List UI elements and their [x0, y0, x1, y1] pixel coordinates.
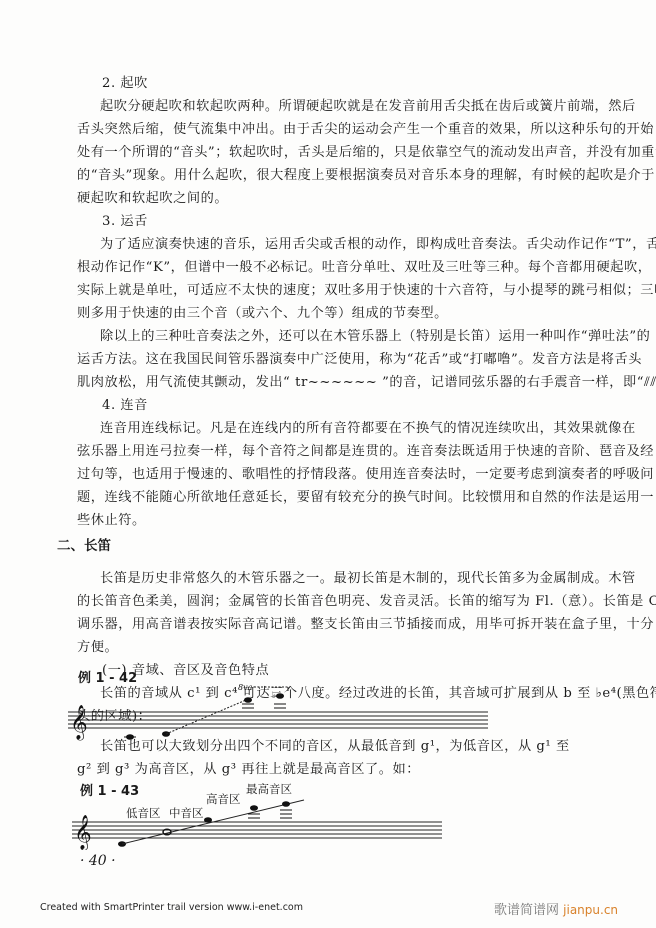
- svg-text:♭: ♭: [272, 691, 276, 701]
- music-staff-example-1-43: 𝄞: [72, 790, 442, 850]
- paragraph-line: g² 到 g³ 为高音区，从 g³ 再往上就是最高音区了。如：: [77, 759, 622, 781]
- section-heading-yunshe: 3. 运舌: [102, 211, 647, 233]
- watermark-cn: 歌谱简谱网: [494, 903, 559, 918]
- paragraph-line: 长笛是历史非常悠久的木管乐器之一。最初长笛是木制的，现代长笛多为金属制成。木管: [100, 568, 645, 590]
- treble-clef-icon: 𝄞: [74, 815, 92, 850]
- paragraph-line: 实际上就是单吐，可适应不太快的速度；双吐多用于快速的十六音符，与小提琴的跳弓相似…: [77, 280, 622, 302]
- subsection-heading: (一) 音域、音区及音色特点: [102, 660, 647, 682]
- paragraph-line: 则多用于快速的由三个音（或六个、九个等）组成的节奏型。: [77, 303, 622, 325]
- paragraph-line: 的长笛音色柔美，圆润；金属管的长笛音色明亮、发音灵活。长笛的缩写为 Fl.（意）…: [77, 591, 622, 613]
- footer-created-with: Created with SmartPrinter trail version …: [40, 902, 303, 913]
- paragraph-line: 弦乐器上用连弓拉奏一样，每个音符之间都是连贯的。连音奏法既适用于快速的音阶、琶音…: [77, 441, 622, 463]
- section-heading-qichui: 2. 起吹: [102, 73, 647, 95]
- paragraph-line: 为了适应演奏快速的音乐，运用舌尖或舌根的动作，即构成吐音奏法。舌尖动作记作“T”…: [100, 234, 645, 256]
- paragraph-line: 些休止符。: [77, 510, 622, 532]
- paragraph-line: 舌头突然后缩，使气流集中冲出。由于舌尖的运动会产生一个重音的效果，所以这种乐句的…: [77, 119, 622, 141]
- paragraph-line: 方便。: [77, 637, 622, 659]
- section-heading-lianyin: 4. 连音: [102, 395, 647, 417]
- paragraph-line: 除以上的三种吐音奏法之外，还可以在木管乐器上（特别是长笛）运用一种叫作“弹吐法”…: [100, 326, 645, 348]
- paragraph-line: 调乐器，用高音谱表按实际音高记谱。整支长笛由三节插接而成，用毕可拆开装在盒子里，…: [77, 614, 622, 636]
- paragraph-line: 长笛也可以大致划分出四个不同的音区，从最低音到 g¹，为低音区，从 g¹ 至: [100, 736, 645, 758]
- paragraph-line: 过句等，也适用于慢速的、歌唱性的抒情段落。使用连音奏法时，一定要考虑到演奏者的呼…: [77, 464, 622, 486]
- paragraph-line: 运舌方法。这在我国民间管乐器演奏中广泛使用，称为“花舌”或“打嘟噜”。发音方法是…: [77, 349, 622, 371]
- paragraph-line: 处有一个所谓的“音头”；软起吹时，舌头是后缩的，只是依靠空气的流动发出声音，并没…: [77, 142, 622, 164]
- paragraph-line: 肌肉放松，用气流使其颤动，发出“ tr~~~~~~ ”的音，记谱同弦乐器的右手震…: [77, 372, 622, 394]
- paragraph-line: 题，连线不能随心所欲地任意延长，要留有较充分的换气时间。比较惯用和自然的作法是运…: [77, 487, 622, 509]
- watermark-en: jianpu.cn: [563, 903, 618, 917]
- watermark: 歌谱简谱网 jianpu.cn: [494, 899, 618, 918]
- paragraph-line: 连音用连线标记。凡是在连线内的所有音符都要在不换气的情况连续吹出，其效果就像在: [100, 418, 645, 440]
- paragraph-line: 起吹分硬起吹和软起吹两种。所谓硬起吹就是在发音前用舌尖抵在齿后或簧片前端，然后: [100, 96, 645, 118]
- page-number: · 40 ·: [80, 853, 116, 869]
- document-page: 2. 起吹 起吹分硬起吹和软起吹两种。所谓硬起吹就是在发音前用舌尖抵在齿后或簧片…: [0, 0, 656, 928]
- treble-clef-icon: 𝄞: [70, 705, 88, 741]
- paragraph-line: 的“音头”现象。用什么起吹，很大程度上要根据演奏员对音乐本身的理解，有时候的起吹…: [77, 165, 622, 187]
- paragraph-line: 根动作记作“K”，但谱中一般不必标记。吐音分单吐、双吐及三吐等三种。每个音都用硬…: [77, 257, 622, 279]
- svg-text:8va: 8va: [238, 683, 253, 692]
- chapter-heading-flute: 二、长笛: [57, 534, 111, 554]
- paragraph-line: 硬起吹和软起吹之间的。: [77, 188, 622, 210]
